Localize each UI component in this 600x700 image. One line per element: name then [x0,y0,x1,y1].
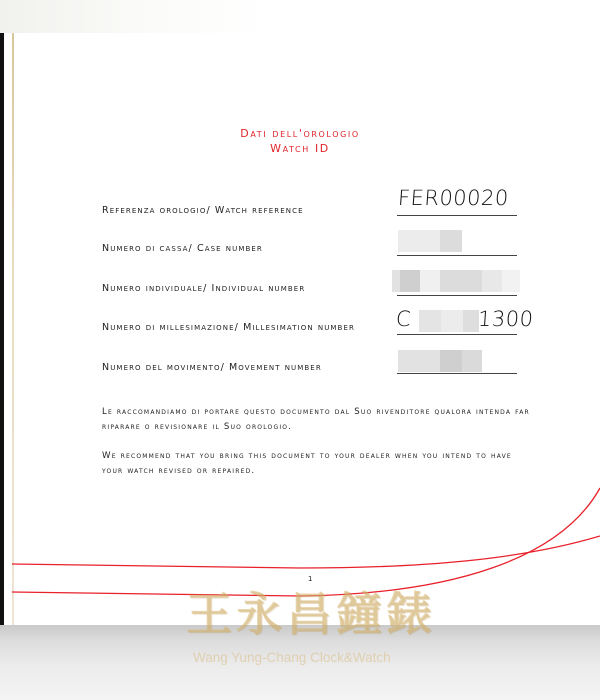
watermark-english: Wang Yung-Chang Clock&Watch [193,650,391,665]
watermark-chinese: 王永昌鐘錶 [186,578,436,644]
